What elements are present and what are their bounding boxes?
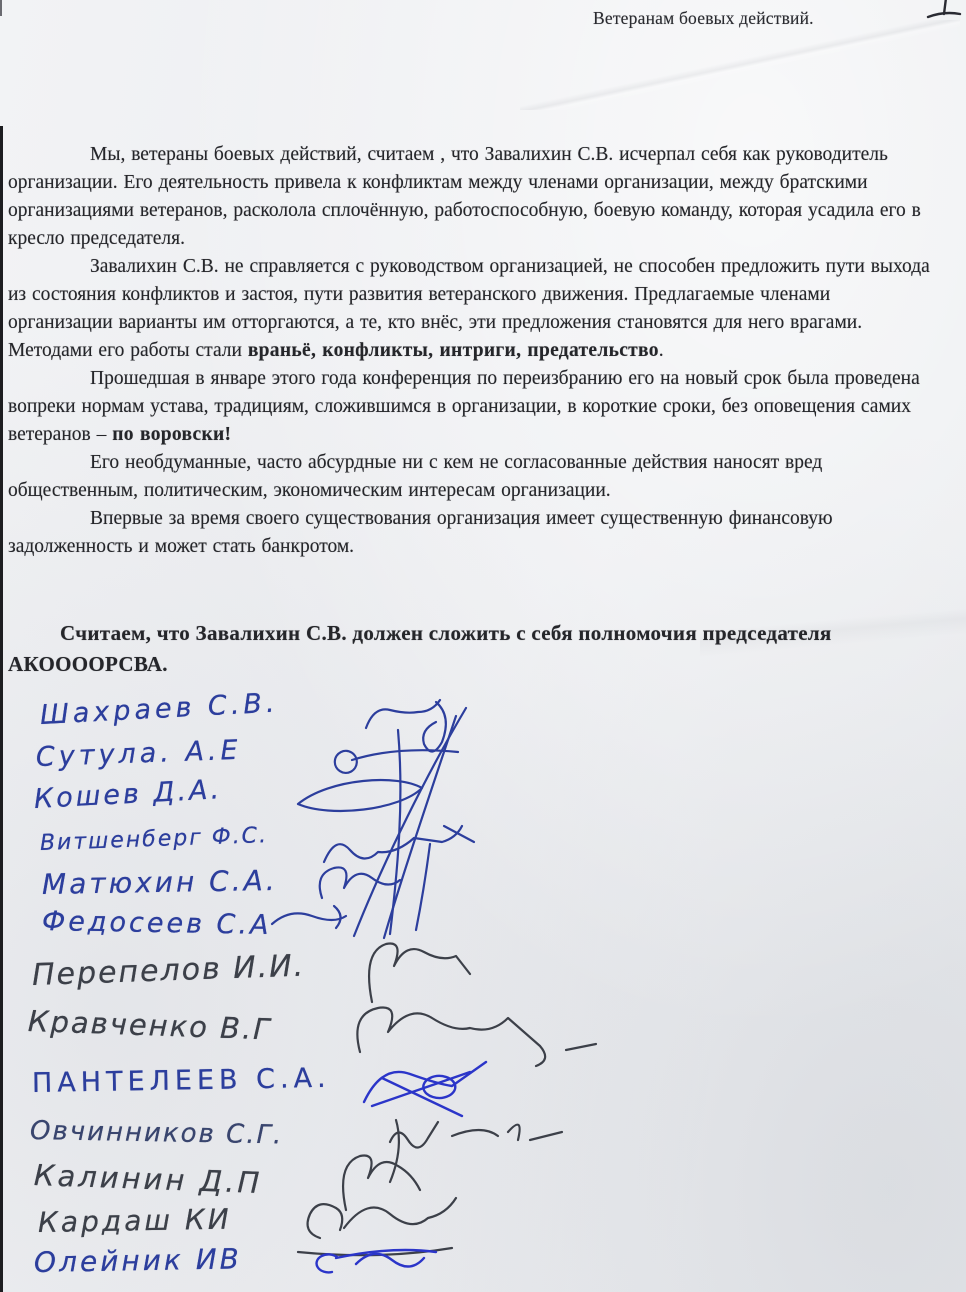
signature-squiggle	[390, 1122, 438, 1148]
signature-squiggle	[366, 700, 440, 728]
signature-squiggle	[423, 1076, 455, 1098]
signatory-name: Кошев Д.А.	[33, 774, 223, 815]
signature-squiggle	[357, 1008, 545, 1067]
signature-squiggle	[508, 1125, 520, 1140]
scan-edge-artifact	[0, 126, 3, 1292]
signature-squiggle	[334, 906, 341, 928]
blue-ink-flourish-group	[272, 700, 474, 938]
paper-crease	[520, 20, 960, 110]
signature-squiggle	[444, 826, 474, 842]
signature-squiggle	[354, 708, 466, 936]
paragraph-3: Прошедшая в январе этого года конференци…	[8, 365, 940, 449]
signatory-name: Матюхин С.А.	[42, 864, 278, 901]
signature-squiggle	[390, 730, 400, 934]
handwritten-page-number	[920, 0, 966, 24]
signature-squiggle	[272, 913, 346, 924]
signature-squiggle	[384, 716, 456, 938]
dark-ink-flourish-group	[298, 943, 596, 1255]
signature-squiggle	[344, 1198, 456, 1228]
signature-squiggle	[308, 1204, 343, 1238]
signature-squiggle	[530, 1132, 562, 1140]
paragraph-2: Завалихин С.В. не справляется с руководс…	[8, 253, 940, 365]
paragraph-2-bold: враньё, конфликты, интриги, предательств…	[248, 340, 659, 361]
signatory-name: Олейник ИВ	[34, 1242, 242, 1279]
resolution-statement: Считаем, что Завалихин С.В. должен сложи…	[8, 618, 888, 680]
signature-squiggle	[298, 1248, 452, 1255]
signature-squiggle	[352, 750, 458, 760]
signature-squiggle	[452, 1130, 498, 1136]
signatory-name: ПАНТЕЛЕЕВ С.А.	[32, 1063, 331, 1099]
letter-body: Мы, ветераны боевых действий, считаем , …	[8, 141, 940, 561]
paragraph-4: Его необдуманные, часто абсурдные ни с к…	[8, 449, 940, 505]
addressee-line: Ветеранам боевых действий.	[593, 8, 814, 29]
signature-squiggle	[369, 943, 470, 1002]
signatory-name: Калинин Д.П	[33, 1158, 262, 1200]
signatory-name: Сутула. А.Е	[35, 735, 242, 773]
signature-squiggle	[317, 1254, 337, 1272]
signature-squiggle	[566, 1044, 596, 1050]
signatory-name: Кардаш КИ	[38, 1203, 232, 1239]
signature-squiggle	[324, 826, 462, 862]
paragraph-1: Мы, ветераны боевых действий, считаем , …	[8, 141, 940, 253]
signatory-name: Федосеев С.А	[42, 906, 272, 941]
signature-squiggle	[372, 1072, 470, 1106]
signatory-name: Перепелов И.И.	[31, 948, 305, 993]
scan-edge-artifact	[0, 0, 2, 16]
signature-squiggle	[364, 1062, 486, 1102]
signatory-name: Витшенберг Ф.С.	[40, 823, 269, 856]
scanned-document-page: Ветеранам боевых действий. Мы, ветераны …	[0, 0, 966, 1292]
signature-squiggle	[382, 1078, 462, 1116]
signature-squiggle	[336, 1250, 436, 1258]
signature-squiggle	[423, 702, 446, 752]
signature-squiggle	[416, 844, 430, 930]
bright-blue-ink-flourish-group	[317, 1062, 486, 1272]
paragraph-2-period: .	[659, 340, 664, 361]
signature-squiggle	[298, 780, 422, 811]
signature-squiggle	[320, 867, 400, 898]
paragraph-3-bold: по воровски!	[112, 424, 231, 445]
signatory-name: Кравченко В.Г	[27, 1004, 272, 1046]
signatory-name: Овчинников С.Г.	[30, 1116, 284, 1150]
signature-squiggle	[390, 1120, 399, 1182]
signature-squiggle	[356, 1254, 424, 1267]
paragraph-5: Впервые за время своего существования ор…	[8, 505, 940, 561]
signature-squiggle	[343, 1155, 420, 1210]
signatory-name: Шахраев С.В.	[39, 688, 279, 731]
signature-squiggle	[335, 751, 357, 773]
